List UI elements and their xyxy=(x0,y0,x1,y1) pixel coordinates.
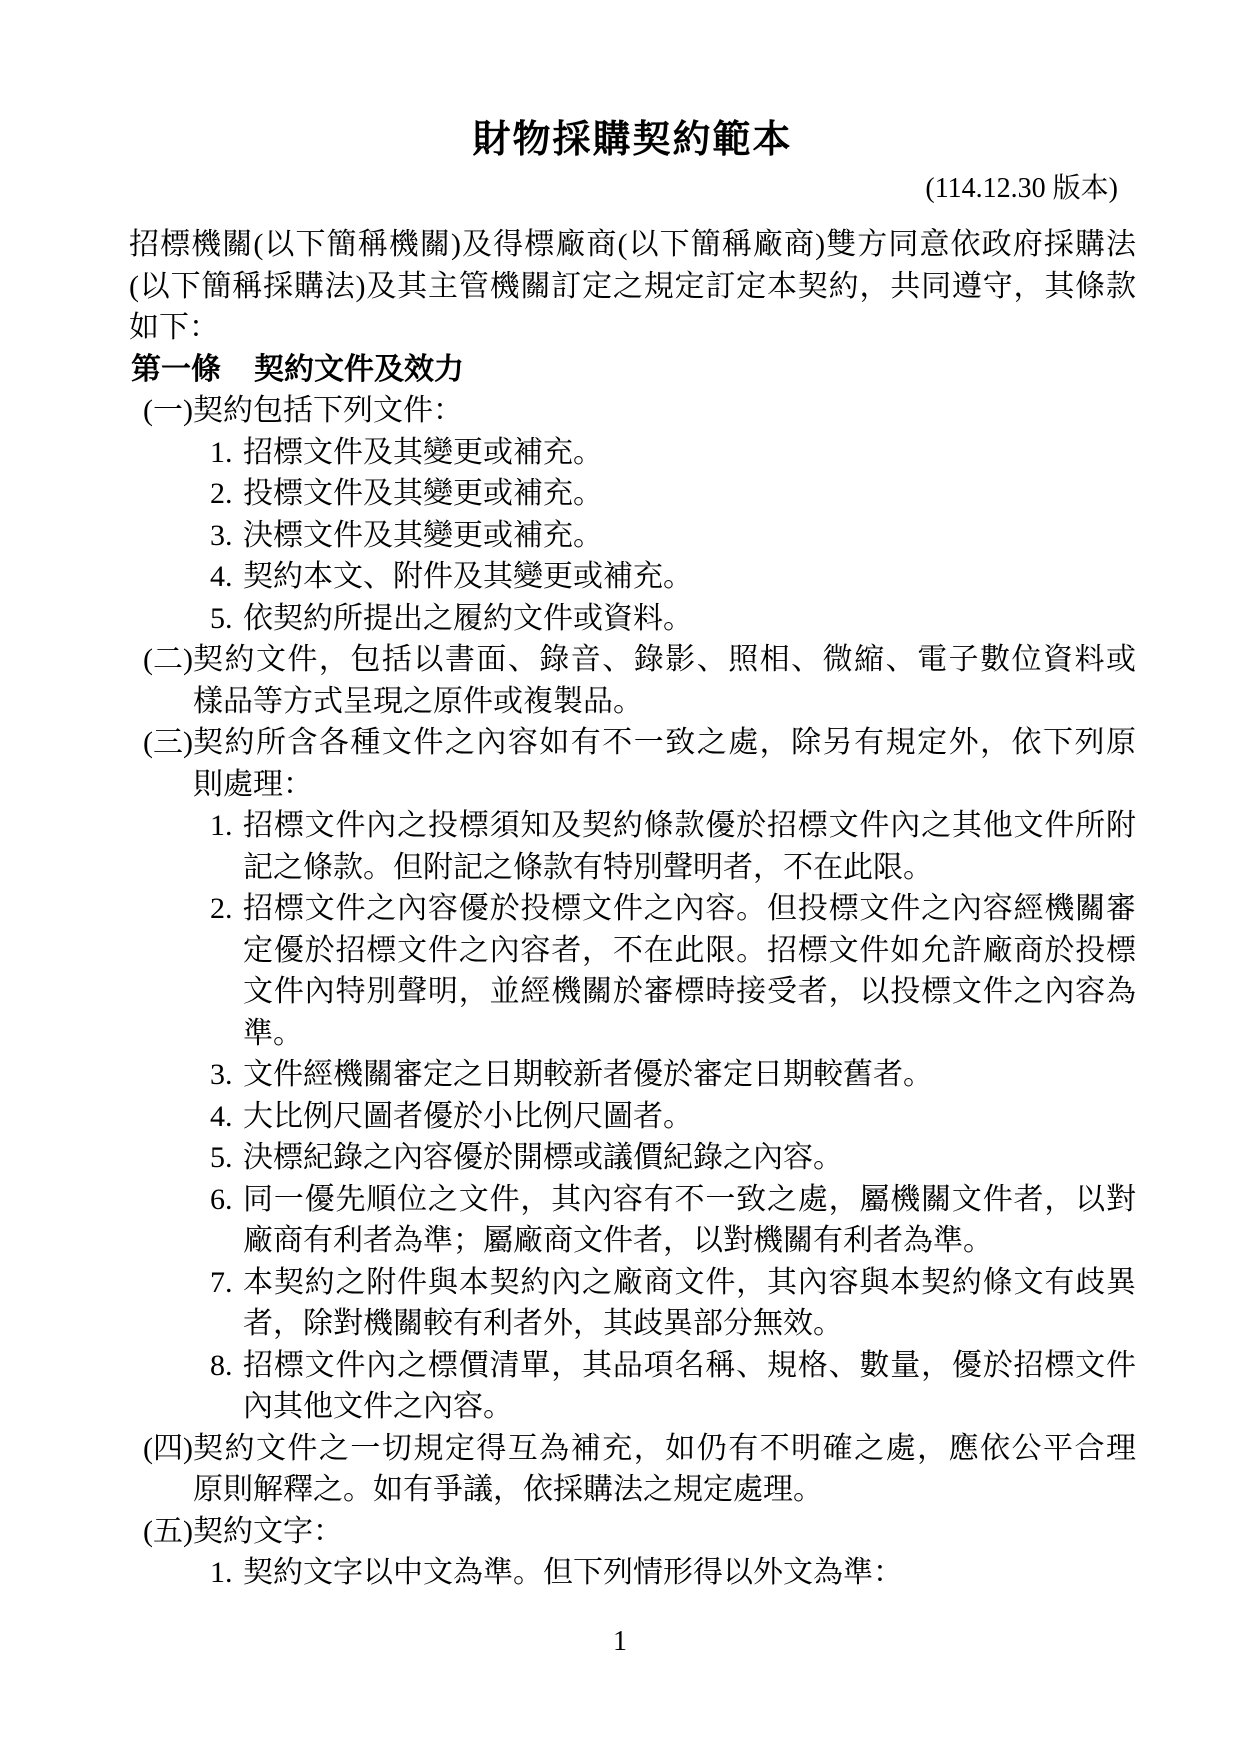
item-line: 者，除對機關較有利者外，其歧異部分無效。 xyxy=(243,1303,1136,1345)
item-line: 招標文件之內容優於投標文件之內容。但投標文件之內容經機關審 xyxy=(243,888,1136,930)
clause-marker: (五) xyxy=(143,1511,193,1553)
article-1-heading: 第一條契約文件及效力 xyxy=(129,349,1136,391)
item-row: 3. 文件經機關審定之日期較新者優於審定日期較舊者。 xyxy=(129,1054,1136,1096)
item-body: 招標文件內之投標須知及契約條款優於招標文件內之其他文件所附 記之條款。但附記之條… xyxy=(243,805,1136,888)
clause-line: 契約文件之一切規定得互為補充，如仍有不明確之處，應依公平合理 xyxy=(193,1428,1136,1470)
item-line: 招標文件內之標價清單，其品項名稱、規格、數量，優於招標文件 xyxy=(243,1345,1136,1387)
item-body: 招標文件內之標價清單，其品項名稱、規格、數量，優於招標文件 內其他文件之內容。 xyxy=(243,1345,1136,1428)
item-line: 決標文件及其變更或補充。 xyxy=(243,515,1136,557)
item-marker: 6. xyxy=(210,1179,243,1221)
item-line: 契約文字以中文為準。但下列情形得以外文為準： xyxy=(243,1552,1136,1594)
clause-body: 契約文字： xyxy=(193,1511,1136,1553)
clause-line: 契約包括下列文件： xyxy=(193,390,1136,432)
item-body: 依契約所提出之履約文件或資料。 xyxy=(243,598,1136,640)
clause-row: (五) 契約文字： xyxy=(129,1511,1136,1553)
clause-row: (四) 契約文件之一切規定得互為補充，如仍有不明確之處，應依公平合理 原則解釋之… xyxy=(129,1428,1136,1511)
item-row: 5. 依契約所提出之履約文件或資料。 xyxy=(129,598,1136,640)
clause-line: 原則解釋之。如有爭議，依採購法之規定處理。 xyxy=(193,1469,1136,1511)
clause-line: 契約文件，包括以書面、錄音、錄影、照相、微縮、電子數位資料或 xyxy=(193,639,1136,681)
item-body: 大比例尺圖者優於小比例尺圖者。 xyxy=(243,1096,1136,1138)
item-marker: 3. xyxy=(210,515,243,557)
clause-marker: (二) xyxy=(143,639,193,681)
item-body: 招標文件之內容優於投標文件之內容。但投標文件之內容經機關審 定優於招標文件之內容… xyxy=(243,888,1136,1054)
item-marker: 1. xyxy=(210,805,243,847)
item-marker: 1. xyxy=(210,432,243,474)
item-row: 5. 決標紀錄之內容優於開標或議價紀錄之內容。 xyxy=(129,1137,1136,1179)
clause-marker: (一) xyxy=(143,390,193,432)
preamble-line: 如下： xyxy=(129,307,1136,349)
clause-line: 契約所含各種文件之內容如有不一致之處，除另有規定外，依下列原 xyxy=(193,722,1136,764)
item-marker: 5. xyxy=(210,598,243,640)
clause-body: 契約所含各種文件之內容如有不一致之處，除另有規定外，依下列原 則處理： xyxy=(193,722,1136,805)
item-body: 招標文件及其變更或補充。 xyxy=(243,432,1136,474)
document-content: 財物採購契約範本 (114.12.30 版本) 招標機關(以下簡稱機關)及得標廠… xyxy=(129,0,1136,1594)
preamble: 招標機關(以下簡稱機關)及得標廠商(以下簡稱廠商)雙方同意依政府採購法 (以下簡… xyxy=(129,224,1136,349)
item-marker: 2. xyxy=(210,888,243,930)
item-row: 4. 契約本文、附件及其變更或補充。 xyxy=(129,556,1136,598)
article-title: 契約文件及效力 xyxy=(254,353,464,386)
item-row: 1. 招標文件及其變更或補充。 xyxy=(129,432,1136,474)
item-body: 投標文件及其變更或補充。 xyxy=(243,473,1136,515)
item-line: 文件經機關審定之日期較新者優於審定日期較舊者。 xyxy=(243,1054,1136,1096)
item-marker: 8. xyxy=(210,1345,243,1387)
item-row: 1. 招標文件內之投標須知及契約條款優於招標文件內之其他文件所附 記之條款。但附… xyxy=(129,805,1136,888)
item-line: 內其他文件之內容。 xyxy=(243,1386,1136,1428)
item-line: 招標文件及其變更或補充。 xyxy=(243,432,1136,474)
item-row: 3. 決標文件及其變更或補充。 xyxy=(129,515,1136,557)
version-note: (114.12.30 版本) xyxy=(129,168,1136,210)
clause-line: 契約文字： xyxy=(193,1511,1136,1553)
item-line: 文件內特別聲明，並經機關於審標時接受者，以投標文件之內容為 xyxy=(243,971,1136,1013)
clause-body: 契約包括下列文件： xyxy=(193,390,1136,432)
item-row: 6. 同一優先順位之文件，其內容有不一致之處，屬機關文件者，以對 廠商有利者為準… xyxy=(129,1179,1136,1262)
item-line: 同一優先順位之文件，其內容有不一致之處，屬機關文件者，以對 xyxy=(243,1179,1136,1221)
item-row: 1. 契約文字以中文為準。但下列情形得以外文為準： xyxy=(129,1552,1136,1594)
item-line: 招標文件內之投標須知及契約條款優於招標文件內之其他文件所附 xyxy=(243,805,1136,847)
preamble-line: 招標機關(以下簡稱機關)及得標廠商(以下簡稱廠商)雙方同意依政府採購法 xyxy=(129,224,1136,266)
item-body: 文件經機關審定之日期較新者優於審定日期較舊者。 xyxy=(243,1054,1136,1096)
clause-row: (一) 契約包括下列文件： xyxy=(129,390,1136,432)
item-line: 記之條款。但附記之條款有特別聲明者，不在此限。 xyxy=(243,847,1136,889)
article-number: 第一條 xyxy=(131,353,254,386)
item-body: 同一優先順位之文件，其內容有不一致之處，屬機關文件者，以對 廠商有利者為準；屬廠… xyxy=(243,1179,1136,1262)
doc-title: 財物採購契約範本 xyxy=(129,112,1136,168)
item-row: 2. 招標文件之內容優於投標文件之內容。但投標文件之內容經機關審 定優於招標文件… xyxy=(129,888,1136,1054)
item-marker: 4. xyxy=(210,1096,243,1138)
clause-line: 則處理： xyxy=(193,764,1136,806)
clause-marker: (三) xyxy=(143,722,193,764)
item-marker: 1. xyxy=(210,1552,243,1594)
clause-row: (二) 契約文件，包括以書面、錄音、錄影、照相、微縮、電子數位資料或 樣品等方式… xyxy=(129,639,1136,722)
item-body: 決標紀錄之內容優於開標或議價紀錄之內容。 xyxy=(243,1137,1136,1179)
item-marker: 3. xyxy=(210,1054,243,1096)
item-line: 契約本文、附件及其變更或補充。 xyxy=(243,556,1136,598)
item-marker: 4. xyxy=(210,556,243,598)
item-marker: 7. xyxy=(210,1262,243,1304)
item-line: 投標文件及其變更或補充。 xyxy=(243,473,1136,515)
item-line: 廠商有利者為準；屬廠商文件者，以對機關有利者為準。 xyxy=(243,1220,1136,1262)
item-line: 決標紀錄之內容優於開標或議價紀錄之內容。 xyxy=(243,1137,1136,1179)
document-page: 財物採購契約範本 (114.12.30 版本) 招標機關(以下簡稱機關)及得標廠… xyxy=(0,0,1240,1754)
item-row: 8. 招標文件內之標價清單，其品項名稱、規格、數量，優於招標文件 內其他文件之內… xyxy=(129,1345,1136,1428)
item-body: 決標文件及其變更或補充。 xyxy=(243,515,1136,557)
item-marker: 5. xyxy=(210,1137,243,1179)
item-body: 契約文字以中文為準。但下列情形得以外文為準： xyxy=(243,1552,1136,1594)
clause-marker: (四) xyxy=(143,1428,193,1470)
item-line: 本契約之附件與本契約內之廠商文件，其內容與本契約條文有歧異 xyxy=(243,1262,1136,1304)
item-row: 4. 大比例尺圖者優於小比例尺圖者。 xyxy=(129,1096,1136,1138)
item-line: 大比例尺圖者優於小比例尺圖者。 xyxy=(243,1096,1136,1138)
item-line: 準。 xyxy=(243,1013,1136,1055)
clause-row: (三) 契約所含各種文件之內容如有不一致之處，除另有規定外，依下列原 則處理： xyxy=(129,722,1136,805)
item-body: 本契約之附件與本契約內之廠商文件，其內容與本契約條文有歧異 者，除對機關較有利者… xyxy=(243,1262,1136,1345)
clause-body: 契約文件之一切規定得互為補充，如仍有不明確之處，應依公平合理 原則解釋之。如有爭… xyxy=(193,1428,1136,1511)
item-row: 2. 投標文件及其變更或補充。 xyxy=(129,473,1136,515)
item-body: 契約本文、附件及其變更或補充。 xyxy=(243,556,1136,598)
item-line: 依契約所提出之履約文件或資料。 xyxy=(243,598,1136,640)
clause-body: 契約文件，包括以書面、錄音、錄影、照相、微縮、電子數位資料或 樣品等方式呈現之原… xyxy=(193,639,1136,722)
page-number: 1 xyxy=(0,1621,1240,1663)
preamble-line: (以下簡稱採購法)及其主管機關訂定之規定訂定本契約，共同遵守，其條款 xyxy=(129,266,1136,308)
item-marker: 2. xyxy=(210,473,243,515)
item-line: 定優於招標文件之內容者，不在此限。招標文件如允許廠商於投標 xyxy=(243,930,1136,972)
item-row: 7. 本契約之附件與本契約內之廠商文件，其內容與本契約條文有歧異 者，除對機關較… xyxy=(129,1262,1136,1345)
clause-line: 樣品等方式呈現之原件或複製品。 xyxy=(193,681,1136,723)
